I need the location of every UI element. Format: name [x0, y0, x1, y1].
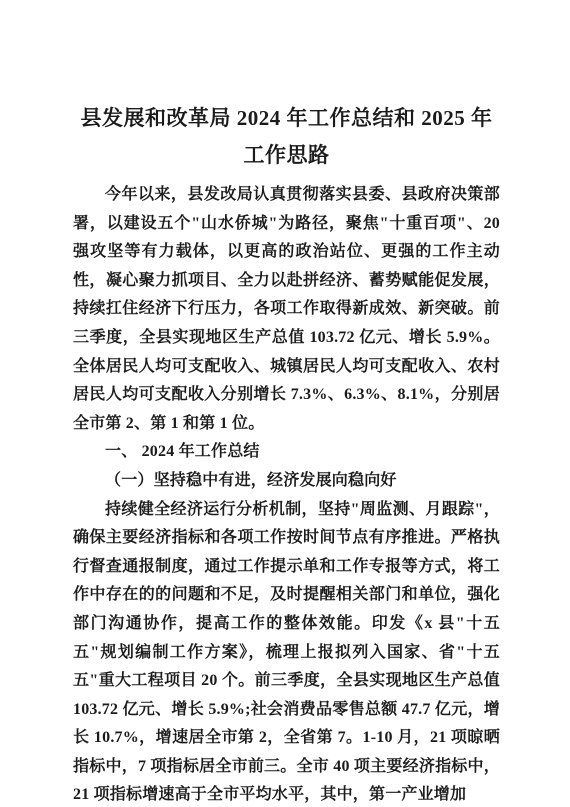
document-page: 县发展和改革局 2024 年工作总结和 2025 年工作思路 今年以来，县发改局…: [0, 0, 570, 807]
document-title: 县发展和改革局 2024 年工作总结和 2025 年工作思路: [73, 100, 500, 174]
section-heading: 一、 2024 年工作总结: [73, 438, 500, 467]
body-paragraph: 持续健全经济运行分析机制，坚持"周监测、月跟踪"，确保主要经济指标和各项工作按时…: [73, 496, 500, 807]
intro-paragraph: 今年以来，县发改局认真贯彻落实县委、县政府决策部署，以建设五个"山水侨城"为路径…: [73, 181, 500, 438]
subsection-heading: （一）坚持稳中有进，经济发展向稳向好: [73, 467, 500, 496]
